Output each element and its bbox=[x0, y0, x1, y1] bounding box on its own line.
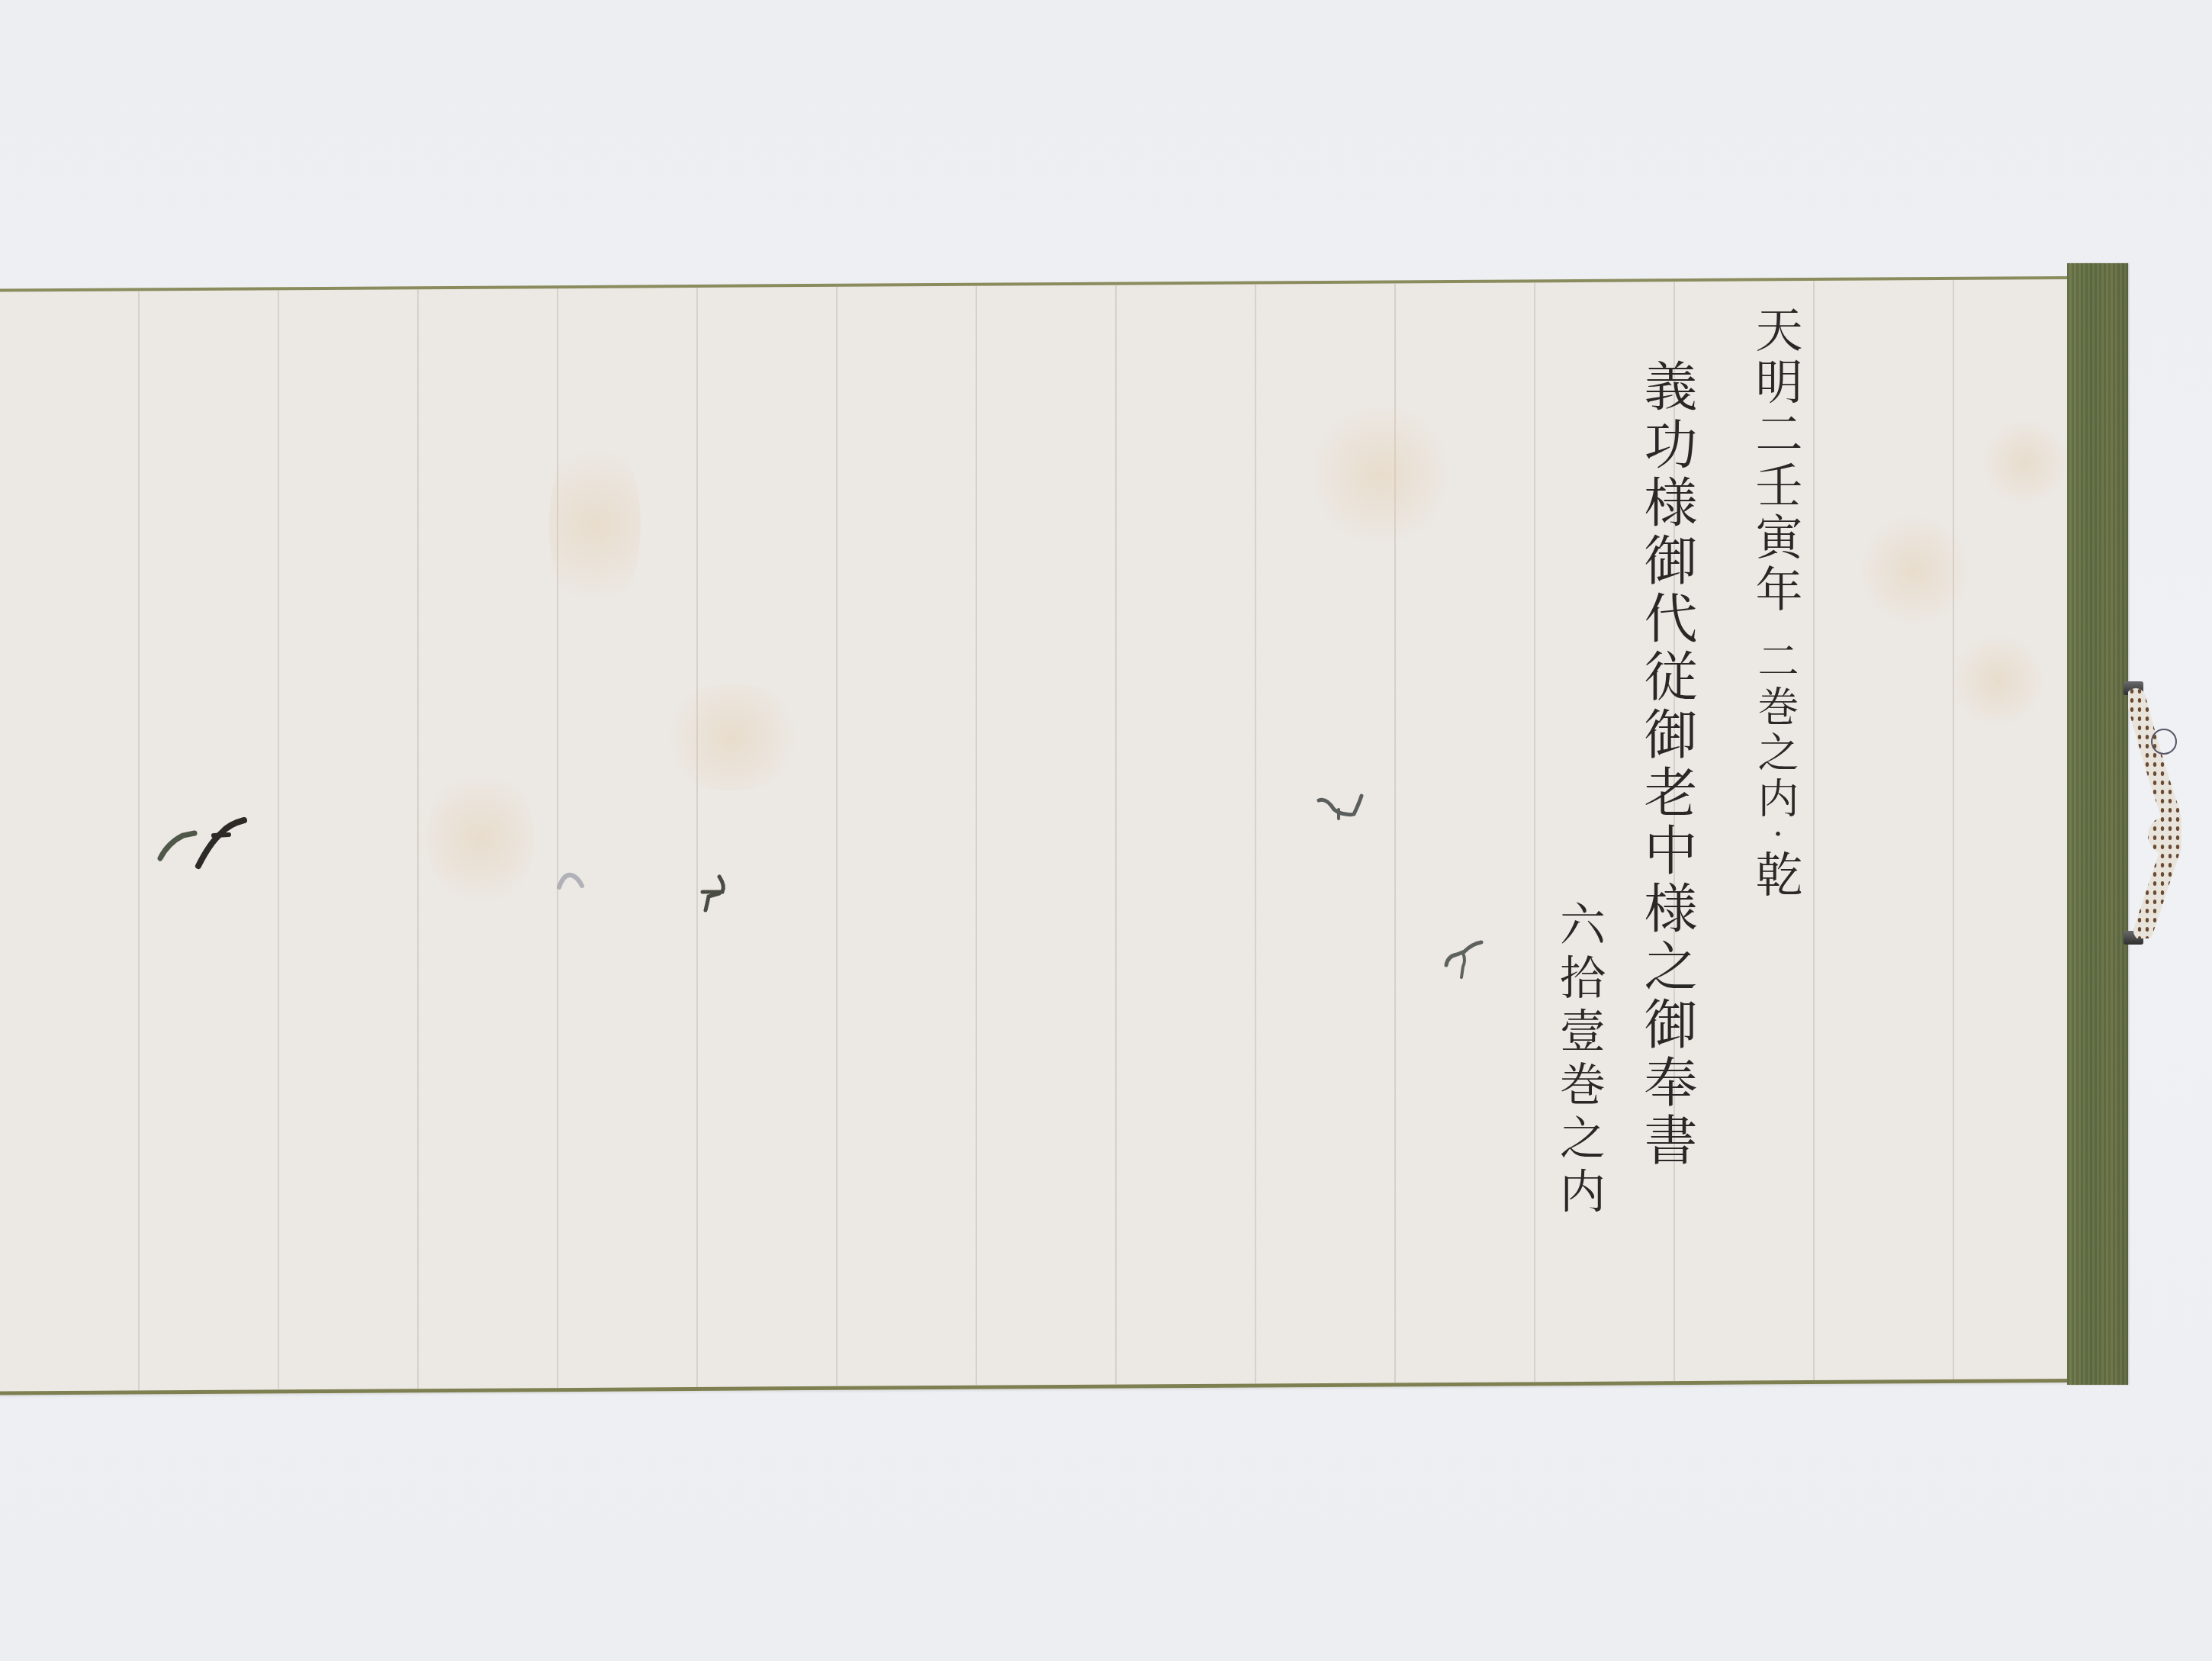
foxing-stain bbox=[427, 761, 534, 915]
foxing-stain bbox=[1861, 509, 1968, 632]
column-title: 義功様御代従御老中様之御奉書 bbox=[1640, 359, 1693, 1170]
ink-mark bbox=[1316, 790, 1369, 824]
foxing-stain bbox=[1983, 417, 2067, 509]
ink-smudge bbox=[553, 866, 591, 896]
punctuation-dot: ・ bbox=[1762, 822, 1789, 850]
cloth-mount-edge bbox=[2067, 263, 2128, 1385]
volume-marker: 乾 bbox=[1747, 850, 1803, 902]
foxing-stain bbox=[549, 425, 641, 624]
column-series-volume: 六拾壹巻之内 bbox=[1556, 900, 1602, 1221]
foxing-stain bbox=[656, 684, 809, 791]
era-date-text: 天明二壬寅年 bbox=[1747, 305, 1803, 616]
ink-mark bbox=[153, 801, 259, 870]
foxing-stain bbox=[1312, 398, 1449, 551]
volume-annotation: 二巻之内 bbox=[1751, 639, 1799, 822]
ink-mark bbox=[698, 874, 728, 916]
cord-ring bbox=[2151, 729, 2177, 755]
foxing-stain bbox=[1953, 630, 2044, 730]
braided-tie-cord[interactable] bbox=[2128, 687, 2181, 938]
column-date: 天明二壬寅年二巻之内・乾 bbox=[1751, 305, 1799, 902]
ink-mark bbox=[1442, 935, 1487, 980]
